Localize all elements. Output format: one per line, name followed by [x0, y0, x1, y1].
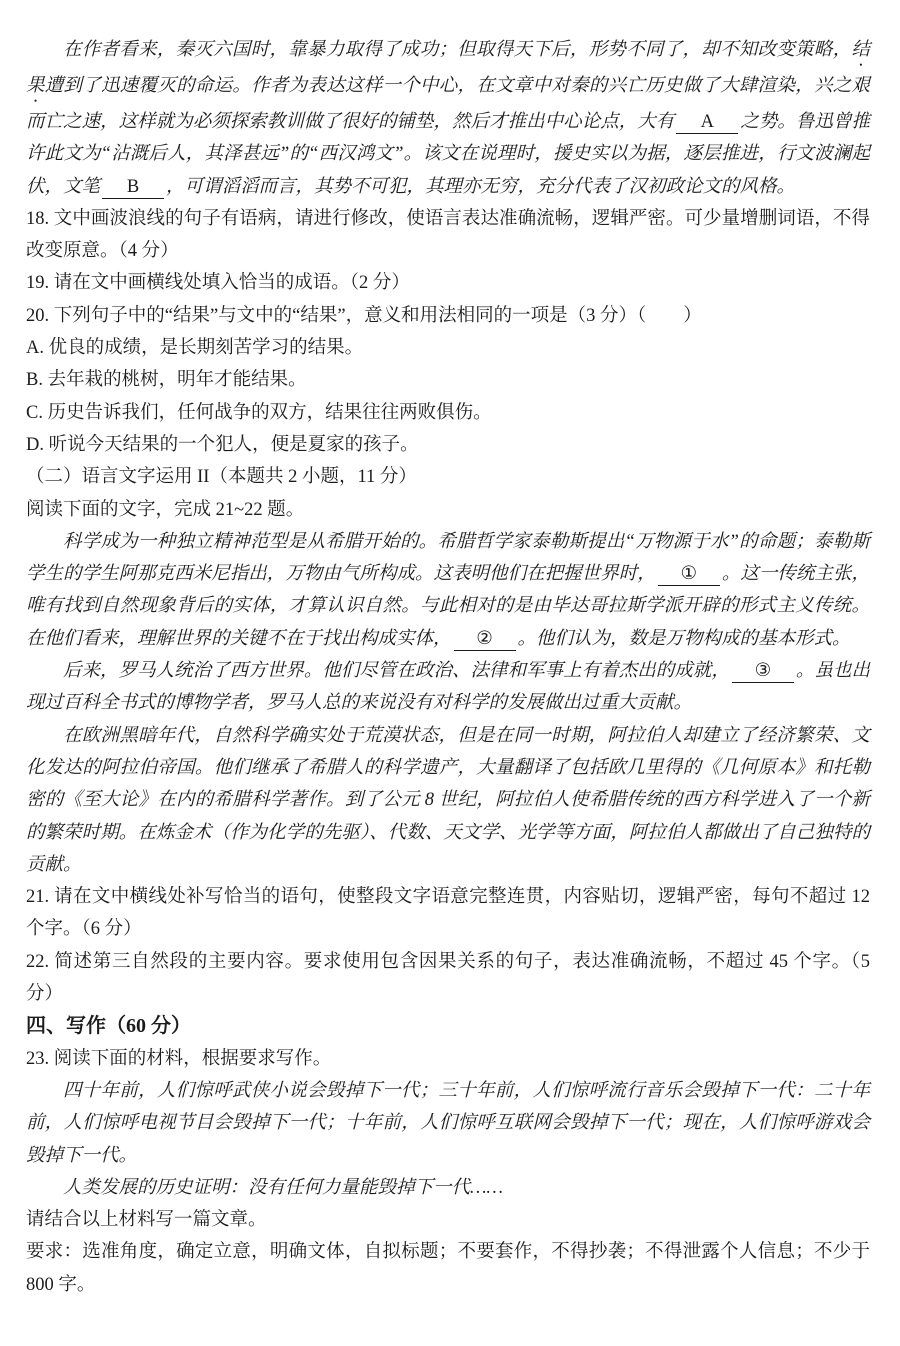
fill-in-blank: A	[676, 111, 738, 134]
question-23: 23. 阅读下面的材料，根据要求写作。	[26, 1043, 870, 1075]
question-21: 21. 请在文中横线处补写恰当的语句，使整段文字语意完整连贯，内容贴切，逻辑严密…	[26, 881, 870, 946]
text-segment: 在作者看来，秦灭六国时，靠暴力取得了成功；但取得天下后，形势不同了，却不知改变策…	[63, 40, 851, 60]
text-segment: D. 听说今天结果的一个犯人，便是夏家的孩子。	[26, 435, 419, 455]
essay-material-1: 四十年前，人们惊呼武侠小说会毁掉下一代；三十年前，人们惊呼流行音乐会毁掉下一代：…	[26, 1075, 870, 1172]
text-segment: ，可谓滔滔而言，其势不可犯，其理亦无穷，充分代表了汉初政论文的风格。	[166, 177, 795, 197]
document-body: 在作者看来，秦灭六国时，靠暴力取得了成功；但取得天下后，形势不同了，却不知改变策…	[26, 34, 870, 1301]
text-segment: 在欧洲黑暗年代，自然科学确实处于荒漠状态，但是在同一时期，阿拉伯人却建立了经济繁…	[26, 726, 870, 875]
text-segment: 22. 简述第三自然段的主要内容。要求使用包含因果关系的句子，表达准确流畅，不超…	[26, 952, 870, 1004]
fill-in-blank: ③	[732, 660, 794, 683]
question-18: 18. 文中画波浪线的句子有语病，请进行修改，使语言表达准确流畅，逻辑严密。可少…	[26, 203, 870, 268]
essay-instruction: 请结合以上材料写一篇文章。	[26, 1204, 870, 1236]
text-segment: 请结合以上材料写一篇文章。	[26, 1210, 267, 1230]
text-segment: 。他们认为，数是万物构成的基本形式。	[518, 629, 851, 649]
text-segment: 23. 阅读下面的材料，根据要求写作。	[26, 1049, 331, 1069]
text-segment: 四十年前，人们惊呼武侠小说会毁掉下一代；三十年前，人们惊呼流行音乐会毁掉下一代：…	[26, 1081, 870, 1166]
passage-4: 在欧洲黑暗年代，自然科学确实处于荒漠状态，但是在同一时期，阿拉伯人却建立了经济繁…	[26, 720, 870, 881]
passage-1: 在作者看来，秦灭六国时，靠暴力取得了成功；但取得天下后，形势不同了，却不知改变策…	[26, 34, 870, 203]
passage-3: 后来，罗马人统治了西方世界。他们尽管在政治、法律和军事上有着杰出的成就，③。虽也…	[26, 655, 870, 720]
fill-in-blank: ①	[658, 563, 720, 586]
text-segment: 人类发展的历史证明：没有任何力量能毁掉下一代……	[63, 1178, 503, 1198]
reading-instruction: 阅读下面的文字，完成 21~22 题。	[26, 494, 870, 526]
option-D: D. 听说今天结果的一个犯人，便是夏家的孩子。	[26, 429, 870, 461]
text-segment: 四、写作（60 分）	[26, 1015, 191, 1037]
text-segment: 21. 请在文中横线处补写恰当的语句，使整段文字语意完整连贯，内容贴切，逻辑严密…	[26, 887, 870, 939]
section-4-heading: 四、写作（60 分）	[26, 1010, 870, 1042]
text-segment: B. 去年栽的桃树，明年才能结果。	[26, 370, 307, 390]
question-22: 22. 简述第三自然段的主要内容。要求使用包含因果关系的句子，表达准确流畅，不超…	[26, 946, 870, 1011]
fill-in-blank: B	[102, 176, 164, 199]
question-19: 19. 请在文中画横线处填入恰当的成语。（2 分）	[26, 267, 870, 299]
question-20: 20. 下列句子中的“结果”与文中的“结果”，意义和用法相同的一项是（3 分）（…	[26, 300, 870, 332]
text-segment: A. 优良的成绩，是长期刻苦学习的结果。	[26, 338, 363, 358]
text-segment: C. 历史告诉我们，任何战争的双方，结果往往两败俱伤。	[26, 403, 492, 423]
essay-requirements: 要求：选准角度，确定立意，明确文体，自拟标题；不要套作，不得抄袭；不得泄露个人信…	[26, 1236, 870, 1301]
section-2-header: （二）语言文字运用 II（本题共 2 小题，11 分）	[26, 461, 870, 493]
option-A: A. 优良的成绩，是长期刻苦学习的结果。	[26, 332, 870, 364]
text-segment: 18. 文中画波浪线的句子有语病，请进行修改，使语言表达准确流畅，逻辑严密。可少…	[26, 209, 870, 261]
option-B: B. 去年栽的桃树，明年才能结果。	[26, 364, 870, 396]
fill-in-blank: ②	[454, 628, 516, 651]
exam-page: 在作者看来，秦灭六国时，靠暴力取得了成功；但取得天下后，形势不同了，却不知改变策…	[0, 0, 900, 1346]
option-C: C. 历史告诉我们，任何战争的双方，结果往往两败俱伤。	[26, 397, 870, 429]
text-segment: 阅读下面的文字，完成 21~22 题。	[26, 500, 304, 520]
passage-2: 科学成为一种独立精神范型是从希腊开始的。希腊哲学家泰勒斯提出“万物源于水”的命题…	[26, 526, 870, 655]
text-segment: （二）语言文字运用 II（本题共 2 小题，11 分）	[26, 467, 417, 487]
text-segment: 要求：选准角度，确定立意，明确文体，自拟标题；不要套作，不得抄袭；不得泄露个人信…	[26, 1242, 870, 1294]
essay-material-2: 人类发展的历史证明：没有任何力量能毁掉下一代……	[26, 1172, 870, 1204]
text-segment: 后来，罗马人统治了西方世界。他们尽管在政治、法律和军事上有着杰出的成就，	[63, 661, 730, 681]
text-segment: 20. 下列句子中的“结果”与文中的“结果”，意义和用法相同的一项是（3 分）（…	[26, 306, 702, 326]
text-segment: 19. 请在文中画横线处填入恰当的成语。（2 分）	[26, 273, 410, 293]
